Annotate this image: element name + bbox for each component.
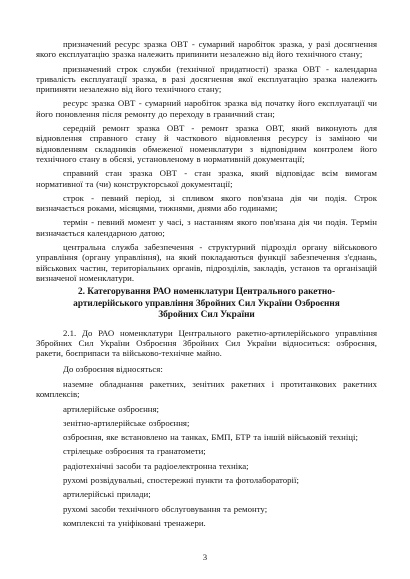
definition-paragraph: ресурс зразка ОВТ - сумарний наробіток з… — [36, 98, 377, 119]
definition-paragraph: термін - певний момент у часі, з настанн… — [36, 217, 377, 238]
definition-paragraph: справний стан зразка ОВТ - стан зразка, … — [36, 168, 377, 189]
definition-paragraph: призначений ресурс зразка ОВТ - сумарний… — [36, 39, 377, 60]
definition-paragraph: центральна служба забезпечення - структу… — [36, 242, 377, 283]
list-item: стрілецьке озброєння та гранатомети; — [36, 446, 377, 456]
definition-paragraph: строк - певний період, зі спливом якого … — [36, 193, 377, 214]
list-item: наземне обладнання ракетних, зенітних ра… — [36, 379, 377, 400]
clause-paragraph: 2.1. До РАО номенклатури Центрального ра… — [36, 328, 377, 359]
list-item: озброєння, яке встановлено на танках, БМ… — [36, 432, 377, 442]
list-item: радіотехнічні засоби та радіоелектронна … — [36, 461, 377, 471]
definition-paragraph: призначений строк служби (технічної прид… — [36, 64, 377, 95]
list-item: зенітно-артилерійське озброєння; — [36, 418, 377, 428]
section-heading: 2. Категорування РАО номенклатури Центра… — [54, 287, 359, 322]
list-intro: До озброєння відносяться: — [36, 364, 377, 374]
definition-paragraph: середній ремонт зразка ОВТ - ремонт зраз… — [36, 123, 377, 164]
list-item: комплексні та уніфіковані тренажери. — [36, 518, 377, 528]
list-item: рухомі розвідувальні, спостережні пункти… — [36, 475, 377, 485]
list-item: артилерійські прилади; — [36, 489, 377, 499]
list-item: рухомі засоби технічного обслуговування … — [36, 504, 377, 514]
document-page: призначений ресурс зразка ОВТ - сумарний… — [0, 0, 410, 579]
page-number: 3 — [0, 552, 410, 562]
list-item: артилерійське озброєння; — [36, 404, 377, 414]
